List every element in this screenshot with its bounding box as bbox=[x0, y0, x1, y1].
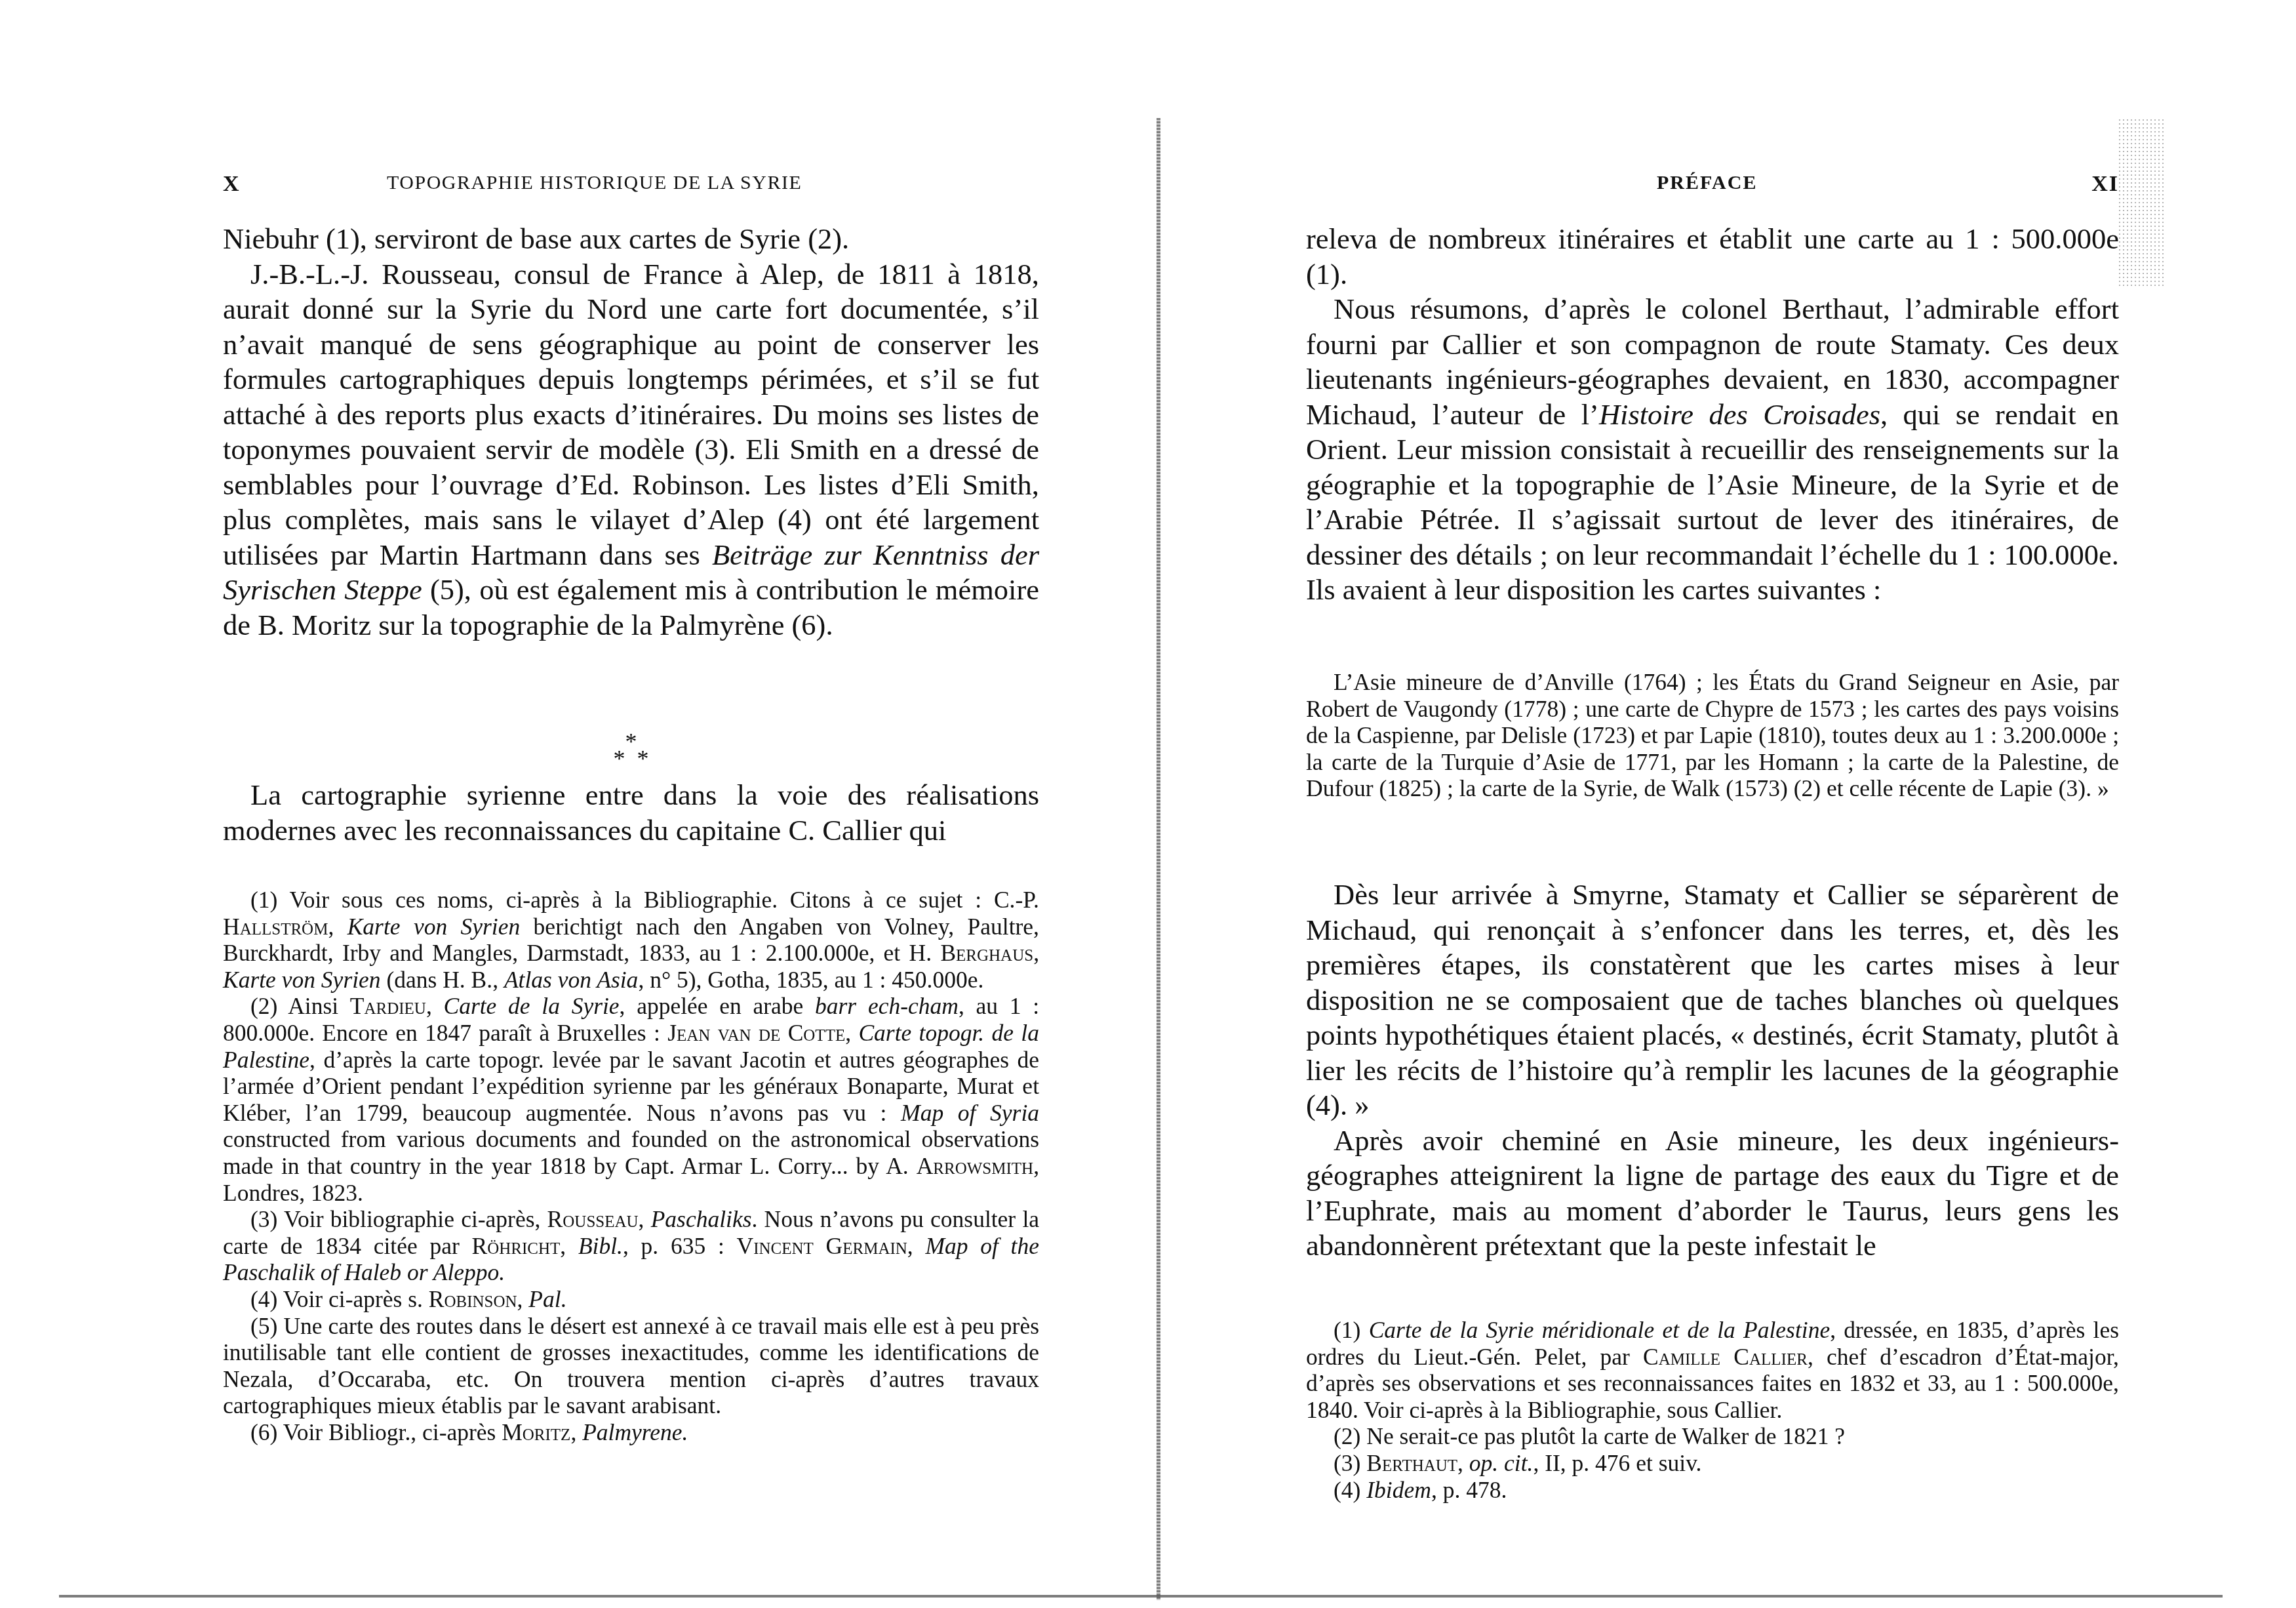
text-run: , bbox=[570, 1419, 582, 1445]
footnote: (6) Voir Bibliogr., ci-après Moritz, Pal… bbox=[223, 1419, 1039, 1446]
footnote-number: (2) bbox=[1334, 1423, 1366, 1449]
footnotes: (1) Voir sous ces noms, ci-après à la Bi… bbox=[223, 887, 1039, 1445]
author-name: Tardieu bbox=[350, 993, 426, 1019]
author-name: Rousseau bbox=[547, 1206, 639, 1232]
footnote-number: (4) bbox=[1334, 1477, 1366, 1503]
italic-title: Paschaliks bbox=[651, 1206, 752, 1232]
text-run: , p. 478. bbox=[1431, 1477, 1507, 1503]
text-run: , bbox=[328, 914, 347, 940]
italic-title: barr ech-cham bbox=[815, 993, 959, 1019]
text-run: , bbox=[560, 1233, 578, 1259]
page-number: XI bbox=[2091, 172, 2119, 197]
book-gutter bbox=[1157, 118, 1160, 1600]
running-header: PRÉFACE XI bbox=[1306, 172, 2119, 205]
italic-title: Histoire des Croisades bbox=[1599, 398, 1880, 431]
main-text-continued: La cartographie syrienne entre dans la v… bbox=[223, 778, 1039, 848]
paragraph: J.-B.-L.-J. Rousseau, consul de France à… bbox=[223, 257, 1039, 643]
footnote-number: (2) bbox=[250, 993, 288, 1019]
text-run: , bbox=[1033, 940, 1039, 966]
footnote-number: (3) bbox=[1334, 1450, 1366, 1476]
italic-title: op. cit. bbox=[1469, 1450, 1534, 1476]
footnote: (3) Voir bibliographie ci-après, Roussea… bbox=[223, 1206, 1039, 1286]
italic-title: Bibl. bbox=[578, 1233, 623, 1259]
section-break: ** * bbox=[223, 733, 1039, 767]
footnote-number: (5) bbox=[250, 1313, 283, 1339]
paragraph: Nous résumons, d’après le colonel Bertha… bbox=[1306, 292, 2119, 608]
paragraph: Niebuhr (1), serviront de base aux carte… bbox=[223, 222, 1039, 257]
author-name: Camille Callier bbox=[1643, 1344, 1808, 1370]
author-name: Berghaus bbox=[940, 940, 1033, 966]
paragraph: La cartographie syrienne entre dans la v… bbox=[223, 778, 1039, 848]
page-number: X bbox=[223, 172, 241, 197]
scan-edge bbox=[59, 1595, 2223, 1598]
author-name: Jean van de Cotte bbox=[667, 1020, 845, 1046]
text-run: , n° 5), Gotha, 1835, au 1 : 450.000e. bbox=[638, 967, 983, 993]
author-name: Robinson bbox=[429, 1286, 517, 1312]
text-run: Voir ci-après s. bbox=[283, 1286, 429, 1312]
running-title: PRÉFACE bbox=[1657, 172, 1757, 194]
scan-speckle bbox=[2118, 118, 2164, 289]
text-run: (dans H. B., bbox=[381, 967, 504, 993]
footnote-number: (3) bbox=[250, 1206, 284, 1232]
text-run: , appelée en arabe bbox=[620, 993, 815, 1019]
text-run: , p. 635 : bbox=[623, 1233, 737, 1259]
text-run: , bbox=[517, 1286, 529, 1312]
footnote: (5) Une carte des routes dans le désert … bbox=[223, 1313, 1039, 1419]
paragraph: releva de nombreux itinéraires et établi… bbox=[1306, 222, 2119, 292]
main-text: Niebuhr (1), serviront de base aux carte… bbox=[223, 222, 1039, 643]
footnote-number: (6) bbox=[250, 1419, 283, 1445]
italic-title: Karte von Syrien bbox=[347, 914, 521, 940]
footnote-number: (1) bbox=[1334, 1317, 1369, 1343]
footnote: (2) Ainsi Tardieu, Carte de la Syrie, ap… bbox=[223, 993, 1039, 1206]
paragraph: Après avoir cheminé en Asie mineure, les… bbox=[1306, 1123, 2119, 1264]
footnote: (4) Voir ci-après s. Robinson, Pal. bbox=[223, 1286, 1039, 1313]
author-name: Moritz bbox=[502, 1419, 570, 1445]
italic-title: Karte von Syrien bbox=[223, 967, 381, 993]
text-run: releva de nombreux itinéraires et établi… bbox=[1306, 222, 2119, 291]
running-header: X TOPOGRAPHIE HISTORIQUE DE LA SYRIE bbox=[223, 172, 1039, 205]
text-run: , bbox=[845, 1020, 858, 1046]
footnote: (4) Ibidem, p. 478. bbox=[1306, 1477, 2119, 1504]
text-run: , bbox=[639, 1206, 651, 1232]
author-name: Berthaut bbox=[1366, 1450, 1457, 1476]
footnote: (3) Berthaut, op. cit., II, p. 476 et su… bbox=[1306, 1450, 2119, 1477]
block-quote: L’Asie mineure de d’Anville (1764) ; les… bbox=[1306, 669, 2119, 802]
text-run: , bbox=[1457, 1450, 1469, 1476]
italic-title: Map of Syria bbox=[901, 1100, 1039, 1126]
italic-title: Ibidem bbox=[1366, 1477, 1431, 1503]
text-run: , bbox=[907, 1233, 926, 1259]
footnote-number: (1) bbox=[250, 887, 290, 913]
footnote: (1) Voir sous ces noms, ci-après à la Bi… bbox=[223, 887, 1039, 993]
italic-title: Atlas von Asia bbox=[504, 967, 638, 993]
footnote-number: (4) bbox=[250, 1286, 283, 1312]
paragraph: Dès leur arrivée à Smyrne, Stamaty et Ca… bbox=[1306, 877, 2119, 1123]
text-run: Voir Bibliogr., ci-après bbox=[283, 1419, 502, 1445]
footnote: (1) Carte de la Syrie méridionale et de … bbox=[1306, 1317, 2119, 1423]
author-name: Röhricht bbox=[472, 1233, 561, 1259]
text-run: Voir sous ces noms, ci-après à la Biblio… bbox=[290, 887, 1039, 913]
text-run: Ne serait-ce pas plutôt la carte de Walk… bbox=[1366, 1423, 1845, 1449]
author-name: Vincent Germain bbox=[737, 1233, 907, 1259]
footnotes: (1) Carte de la Syrie méridionale et de … bbox=[1306, 1317, 2119, 1503]
footnote: (2) Ne serait-ce pas plutôt la carte de … bbox=[1306, 1423, 2119, 1450]
running-title: TOPOGRAPHIE HISTORIQUE DE LA SYRIE bbox=[387, 172, 802, 194]
italic-title: Carte de la Syrie bbox=[444, 993, 620, 1019]
main-text-continued: Dès leur arrivée à Smyrne, Stamaty et Ca… bbox=[1306, 877, 2119, 1264]
text-run: Voir bibliographie ci-après, bbox=[284, 1206, 547, 1232]
italic-title: Palmyrene. bbox=[582, 1419, 688, 1445]
italic-title: Carte de la Syrie méridionale et de la P… bbox=[1369, 1317, 1830, 1343]
text-run: , II, p. 476 et suiv. bbox=[1533, 1450, 1701, 1476]
italic-title: Pal. bbox=[528, 1286, 566, 1312]
main-text: releva de nombreux itinéraires et établi… bbox=[1306, 222, 2119, 608]
author-name: Arrowsmith bbox=[917, 1153, 1033, 1179]
text-run: Ainsi bbox=[288, 993, 350, 1019]
text-run: , bbox=[426, 993, 444, 1019]
author-name: Hallström bbox=[223, 914, 328, 940]
text-run: Une carte des routes dans le désert est … bbox=[223, 1313, 1039, 1419]
